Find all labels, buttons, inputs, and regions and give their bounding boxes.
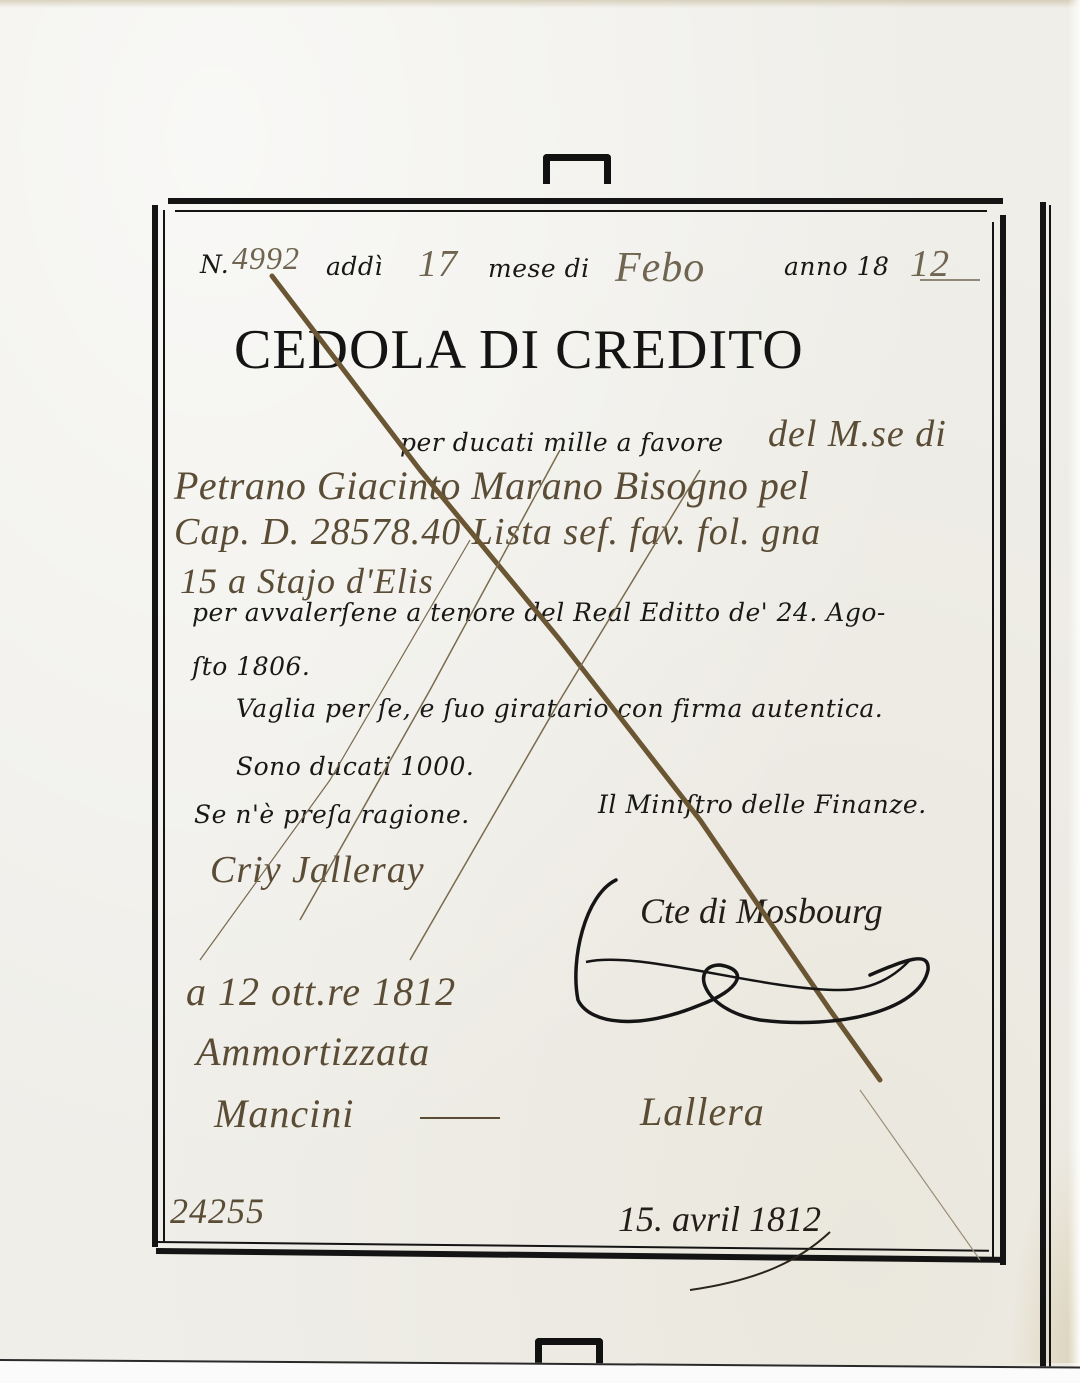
paper-stain-top (0, 0, 1080, 8)
minister-signature: Cte di Mosbourg (640, 890, 883, 932)
validity-text: Vaglia per ſe, e ſuo giratario con firma… (236, 694, 883, 723)
serial-number: 24255 (170, 1190, 265, 1232)
right-signature: Lallera (640, 1088, 765, 1135)
edict-line-2: ſto 1806. (192, 652, 310, 681)
amount-text: Sono ducati 1000. (236, 752, 474, 781)
cancellation-date: a 12 ott.re 1812 (186, 968, 456, 1015)
frame-right-thick (1000, 215, 1006, 1265)
paper-edge (1068, 0, 1080, 1383)
edict-line-1: per avvalerſene a tenore del Real Editto… (192, 598, 886, 627)
favour-handwritten: del M.se di (768, 412, 947, 456)
minister-title: Il Miniſtro delle Finanze. (598, 790, 927, 819)
month-value-handwritten: Febo (615, 244, 705, 292)
favour-printed-text: per ducati mille a favore (400, 428, 724, 457)
outer-rule-right-thick (1040, 202, 1046, 1372)
beneficiary-line-1: Petrano Giacinto Marano Bisogno pel (174, 462, 809, 509)
day-value-handwritten: 17 (418, 242, 458, 286)
binding-clip-top (543, 154, 611, 184)
document-page: N. 4992 addì 17 mese di Febo anno 18 12 … (0, 0, 1080, 1383)
page-title: CEDOLA DI CREDITO (234, 318, 804, 382)
frame-top-thin (175, 210, 987, 212)
number-value-handwritten: 4992 (232, 240, 300, 277)
month-label: mese di (488, 254, 590, 283)
frame-left-thin (163, 210, 165, 1242)
day-label: addì (326, 252, 383, 281)
scan-background (0, 1359, 1080, 1383)
amortized-note: Ammortizzata (196, 1028, 430, 1075)
mancini-signature: Mancini (214, 1090, 354, 1137)
cancel-stroke (272, 276, 880, 1080)
year-value-handwritten: 12 (910, 242, 950, 286)
number-label: N. (200, 250, 229, 279)
ink-strokes-overlay (0, 0, 1080, 1383)
endorsement-date: 15. avril 1812 (618, 1198, 821, 1240)
left-signature: Criy Jalleray (210, 848, 425, 892)
frame-top-thick (168, 198, 1003, 204)
year-label: anno 18 (784, 252, 889, 281)
frame-left-thick (152, 205, 158, 1247)
outer-rule-right-thin (1049, 205, 1051, 1373)
beneficiary-line-2: Cap. D. 28578.40 Lista sef. fav. fol. gn… (174, 510, 821, 554)
beneficiary-line-3: 15 a Stajo d'Elis (180, 560, 434, 602)
registered-text: Se n'è preſa ragione. (194, 800, 470, 829)
frame-right-thin (992, 222, 994, 1262)
